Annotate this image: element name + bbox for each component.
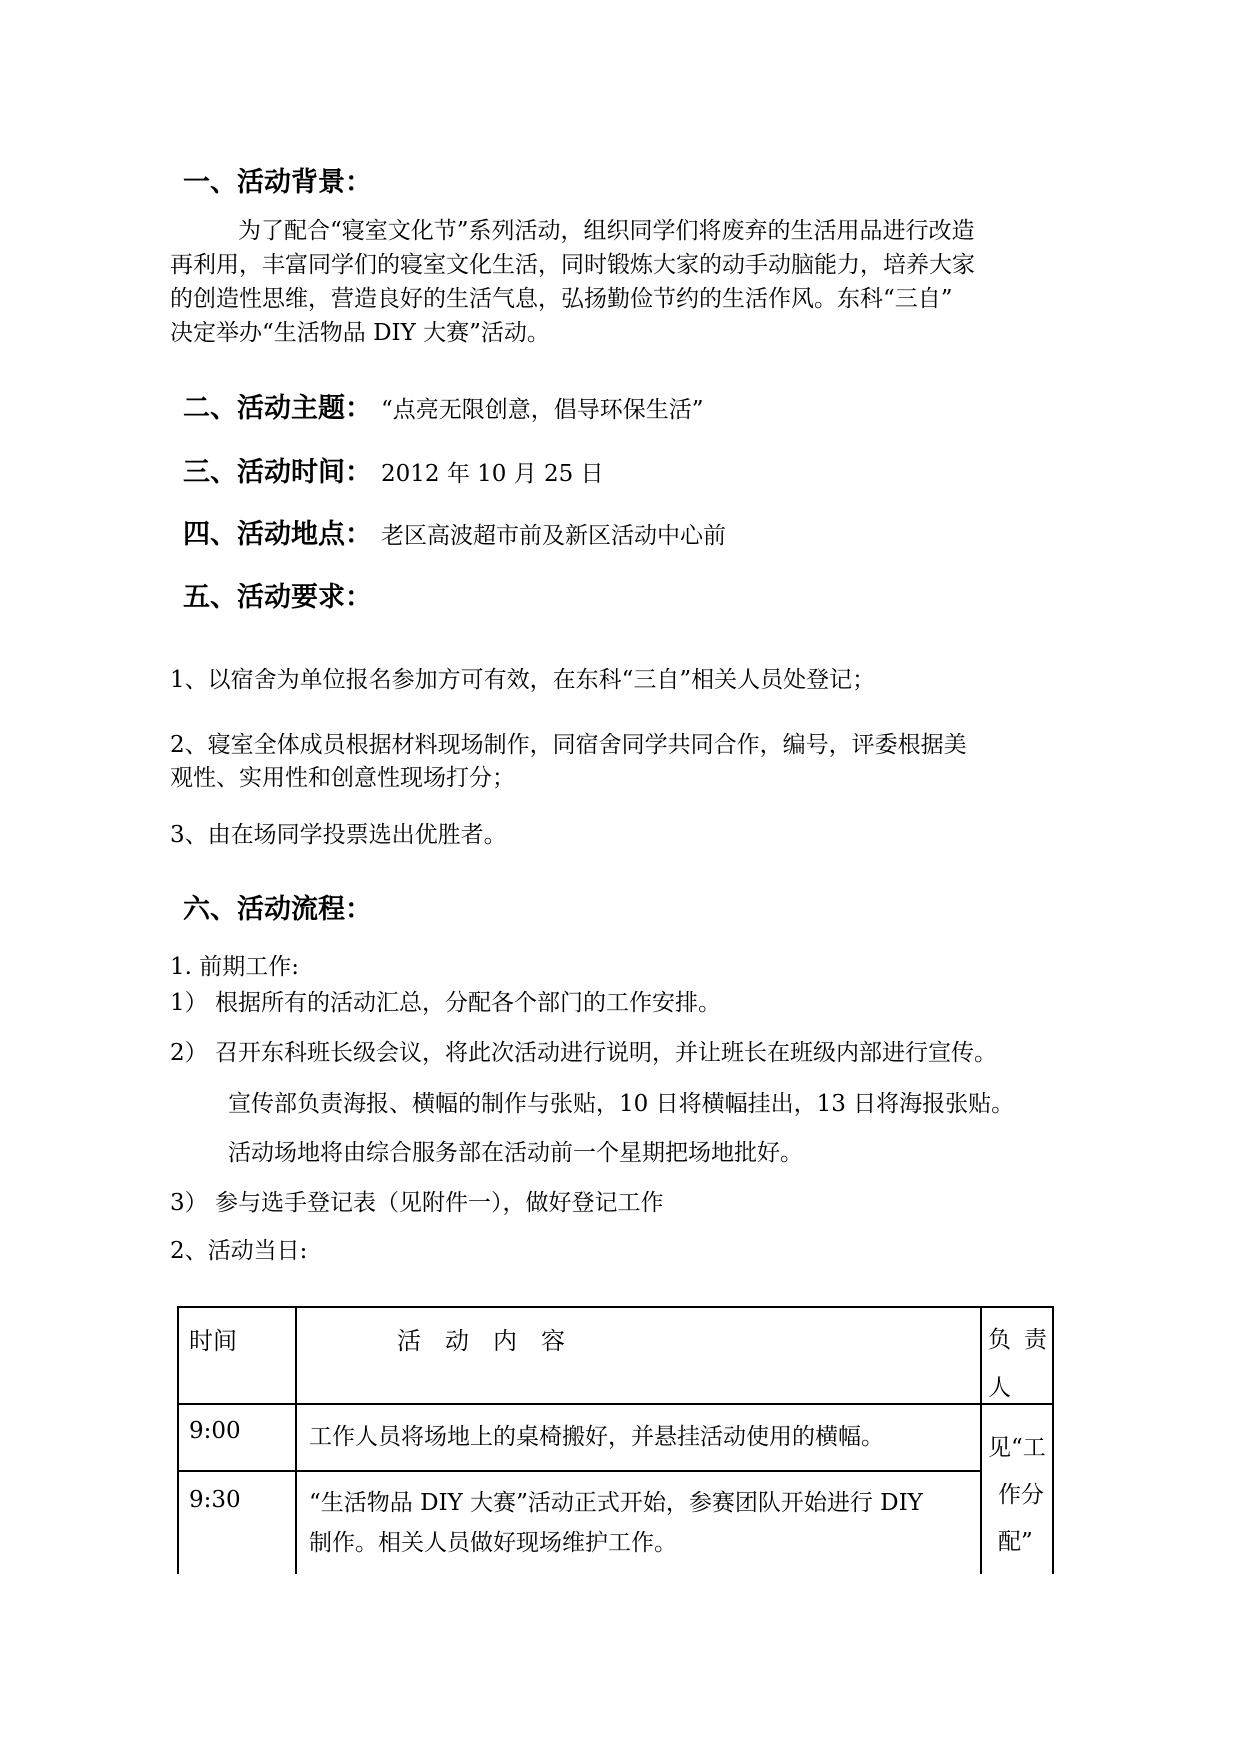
background-line: 为了配合“寝室文化节”系列活动，组织同学们将废弃的生活用品进行改造: [170, 214, 975, 248]
requirement-item-1: 1、以宿舍为单位报名参加方可有效，在东科“三自”相关人员处登记；: [170, 664, 875, 697]
background-line: 决定举办“生活物品 DIY 大赛”活动。: [170, 316, 975, 350]
process-item-2-continuation: 宣传部负责海报、横幅的制作与张贴，10 日将横幅挂出，13 日将海报张贴。: [228, 1088, 1014, 1121]
background-paragraph: 为了配合“寝室文化节”系列活动，组织同学们将废弃的生活用品进行改造 再利用，丰富…: [170, 214, 975, 350]
section-activity-time: 三、活动时间：2012 年 10 月 25 日: [183, 458, 604, 489]
process-pre-title: 1. 前期工作:: [170, 951, 299, 984]
section-activity-theme: 二、活动主题：“点亮无限创意，倡导环保生活”: [183, 394, 704, 425]
process-item-2-continuation: 活动场地将由综合服务部在活动前一个星期把场地批好。: [228, 1137, 803, 1170]
process-item-1: 1） 根据所有的活动汇总，分配各个部门的工作安排。: [170, 987, 721, 1020]
location-value: 老区高波超市前及新区活动中心前: [381, 523, 726, 549]
background-line: 再利用，丰富同学们的寝室文化生活，同时锻炼大家的动手动脑能力，培养大家: [170, 248, 975, 282]
heading-activity-process: 六、活动流程：: [183, 895, 372, 925]
heading-activity-time: 三、活动时间：: [183, 457, 372, 488]
requirement-item-3: 3、由在场同学投票选出优胜者。: [170, 819, 507, 852]
document-page: { "doc": { "background": { "heading": "一…: [0, 0, 1241, 1754]
col-header-owner: 负 责 人: [982, 1308, 1054, 1405]
process-item-3: 3） 参与选手登记表（见附件一），做好登记工作: [170, 1187, 663, 1220]
process-item-2: 2） 召开东科班长级会议，将此次活动进行说明，并让班长在班级内部进行宣传。: [170, 1037, 997, 1070]
schedule-row-2-content-line: 制作。相关人员做好现场维护工作。: [309, 1523, 980, 1563]
heading-activity-requirements: 五、活动要求：: [183, 583, 372, 613]
heading-activity-location: 四、活动地点：: [183, 519, 372, 550]
requirement-item-2-line: 观性、实用性和创意性现场打分；: [170, 762, 967, 795]
schedule-row-1-content: 工作人员将场地上的桌椅搬好，并悬挂活动使用的横幅。: [297, 1405, 982, 1472]
section-activity-location: 四、活动地点：老区高波超市前及新区活动中心前: [183, 520, 726, 551]
col-header-content: 活 动 内 容: [297, 1308, 982, 1405]
col-header-owner-line: 人: [988, 1364, 1047, 1405]
heading-activity-theme: 二、活动主题：: [183, 393, 372, 424]
schedule-row-2-content-line: “生活物品 DIY 大赛”活动正式开始，参赛团队开始进行 DIY: [309, 1483, 980, 1523]
schedule-row-2-content: “生活物品 DIY 大赛”活动正式开始，参赛团队开始进行 DIY 制作。相关人员…: [297, 1472, 982, 1574]
schedule-table: 时间 活 动 内 容 负 责 人 9:00 工作人员将场地上的桌椅搬好，并悬挂活…: [177, 1306, 1054, 1574]
owner-note-line: 配”: [988, 1519, 1048, 1566]
requirement-item-2: 2、寝室全体成员根据材料现场制作，同宿舍同学共同合作，编号，评委根据美 观性、实…: [170, 729, 967, 795]
activity-day-title: 2、活动当日:: [170, 1235, 307, 1268]
col-header-owner-line: 负 责: [988, 1316, 1047, 1364]
owner-note-cell: 见“工 作分 配”: [982, 1405, 1054, 1574]
heading-activity-background: 一、活动背景：: [183, 168, 372, 198]
schedule-row-2-time: 9:30: [179, 1472, 297, 1574]
owner-note-line: 作分: [988, 1472, 1048, 1519]
time-value: 2012 年 10 月 25 日: [381, 461, 604, 487]
owner-note-line: 见“工: [988, 1425, 1048, 1472]
theme-value: “点亮无限创意，倡导环保生活”: [381, 397, 704, 423]
background-line: 的创造性思维，营造良好的生活气息，弘扬勤俭节约的生活作风。东科“三自”: [170, 282, 975, 316]
col-header-time: 时间: [179, 1308, 297, 1405]
requirement-item-2-line: 2、寝室全体成员根据材料现场制作，同宿舍同学共同合作，编号，评委根据美: [170, 729, 967, 762]
schedule-row-1-time: 9:00: [179, 1405, 297, 1472]
